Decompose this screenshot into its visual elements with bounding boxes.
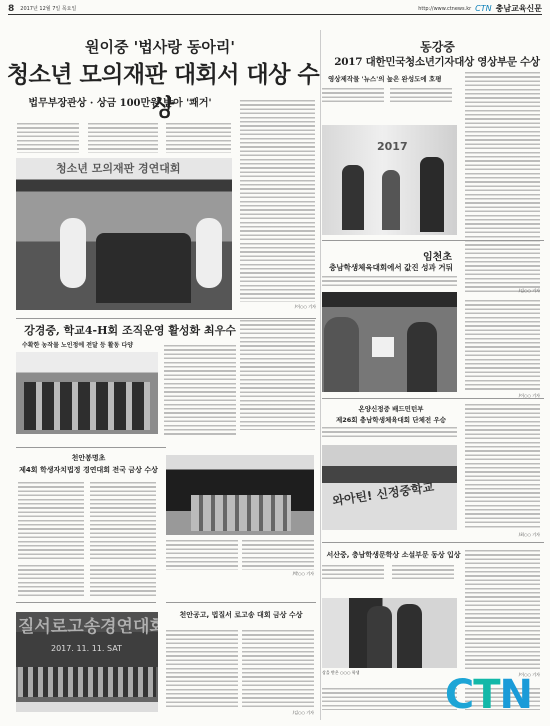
banner-text: 질서로고송경연대회 [18,612,158,637]
article-body [90,565,156,597]
kicker-onyang-sinjeong: 온양신정중 배드민턴부 [326,404,456,413]
kicker-wonijung: 원이중 '법사랑 동아리' [10,36,310,57]
person [324,317,359,392]
article-body [90,482,156,562]
group-people [96,233,191,303]
subhead-gangkyung: 수확한 농작물 노인정에 전달 등 활동 다양 [22,340,162,349]
mascot-left [60,218,86,288]
headline-cheonan-gong: 천안공고, 법질서 로고송 대회 금상 수상 [166,610,316,620]
photo-cheonan-gong: 질서로고송경연대회 2017. 11. 11. SAT [16,612,158,712]
article-body [465,550,540,670]
article-body [88,123,158,153]
site-url[interactable]: http://www.ctnews.kr [418,6,471,12]
headline-onyang-sinjeong: 제26회 충남학생체육대회 단체전 우승 [326,415,456,424]
article-body [322,276,457,288]
article-body [18,482,84,562]
section-divider [16,447,166,448]
photo-cheonan-bongmyeong [166,455,314,535]
photo-donggang: 2017 [322,125,457,235]
photo-wonijung: 청소년 모의재판 경연대회 [16,158,232,310]
headline-gangkyung: 강경중, 학교4-H회 조직운영 활성화 최우수 [20,322,240,338]
article-body [322,688,457,710]
kicker-donggang: 동강중 [330,38,545,55]
article-body [465,404,540,530]
page-number: 8 [8,4,14,14]
logo-letter-c: C [445,672,473,718]
person [407,322,437,392]
photo-onyang-sinjeong: 와아틴! 신정중학교 [322,445,457,530]
issue-date: 2017년 12월 7일 목요일 [20,5,76,12]
mascot-right [196,218,222,288]
article-body [465,300,540,392]
article-body [390,88,452,104]
section-divider [16,318,316,319]
photo-banner-year: 2017 [377,140,408,153]
section-divider [166,602,316,603]
credit-onyang-sinjeong: /최○○ 기자 [485,532,540,538]
subhead-donggang: 영상제작물 '뉴스'의 높은 완성도에 호평 [328,74,458,83]
logo-letter-n: N [500,672,532,718]
stage [16,702,158,712]
credit-wonijung: /이○○ 기자 [260,304,316,310]
banner-text: 와아틴! 신정중학교 [331,478,435,509]
photo-imcheon [322,292,457,392]
article-body [322,88,384,104]
person [397,604,422,668]
group-students [191,495,291,531]
section-divider [16,602,156,603]
column-divider [320,30,321,720]
person [382,170,400,230]
person [342,165,364,230]
kicker-cheonan-bongmyeong: 천안봉명초 [16,453,161,463]
article-body [166,123,231,153]
caption-seosan: 상을 받은 ○○○ 학생 [322,670,457,676]
credit-cheonan-gong: /김○○ 기자 [250,710,314,716]
section-divider [322,542,544,543]
photo-banner-text: 청소년 모의재판 경연대회 [56,160,181,176]
article-body [240,320,315,430]
article-body [164,345,236,435]
section-divider [322,240,544,241]
photo-gangkyung [16,352,158,434]
article-body [166,630,238,708]
article-body [392,565,454,579]
paper-name: 충남교육신문 [496,3,542,14]
article-body [240,100,315,302]
headline-donggang: 2017 대한민국청소년기자대상 영상부문 수상 [326,54,548,69]
headline-cheonan-bongmyeong: 제4회 학생자치법정 경연대회 전국 금상 수상 [16,465,161,475]
article-body [242,540,314,570]
certificate [372,337,394,357]
section-divider [322,398,544,399]
page-header: 8 2017년 12월 7일 목요일 http://www.ctnews.kr … [8,3,542,15]
article-body [18,565,84,597]
article-body [242,630,314,708]
kicker-imcheon: 임천초 [330,248,545,263]
headline-imcheon: 충남학생체육대회에서 값진 성과 거둬 [326,262,456,273]
article-body [17,123,79,153]
credit-cheonan-bongmyeong: /박○○ 기자 [250,571,314,577]
article-body [166,540,238,570]
subhead-wonijung: 법무부장관상 · 상금 100만원 받아 '쾌거' [10,94,230,109]
article-body [322,565,384,579]
logo-mark: CTN [475,4,491,13]
headline-seosan: 서산중, 충남학생문학상 소설부문 동상 입상 [326,550,461,560]
ctn-logo: CTN [445,672,532,718]
credit-donggang: /김○○ 기자 [485,288,540,294]
person [367,606,392,668]
group-people [24,382,150,430]
article-body [322,427,457,439]
banner-date: 2017. 11. 11. SAT [51,644,122,653]
person [420,157,444,232]
performers [18,667,156,697]
logo-letter-t: T [473,672,499,718]
photo-seosan [322,598,457,668]
